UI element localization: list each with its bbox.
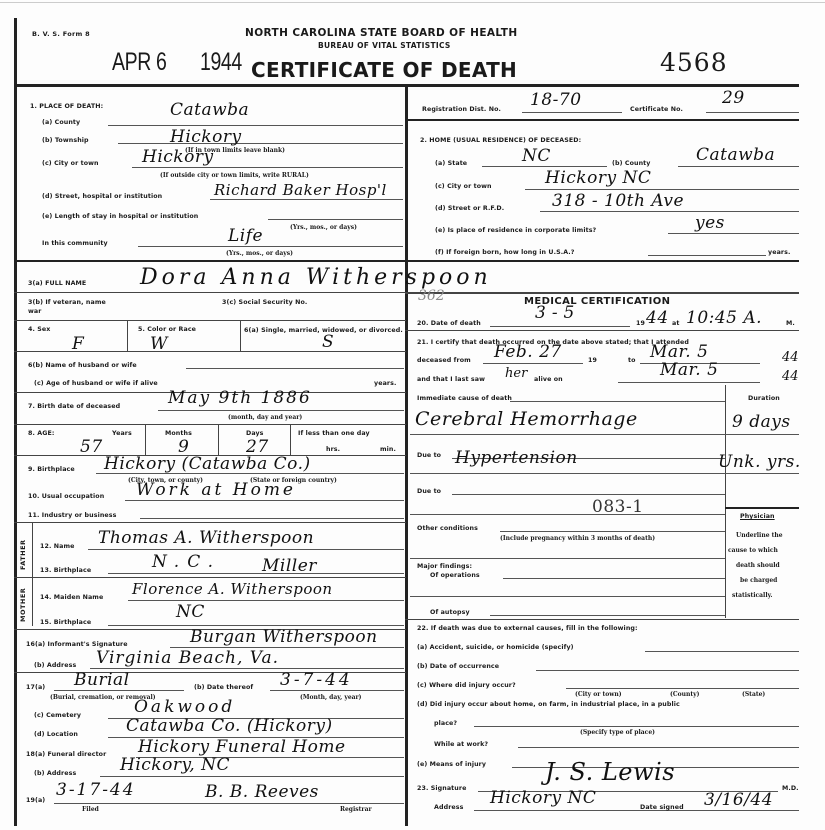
place-note: (Specify type of place) <box>580 729 655 736</box>
birthplace-value: Hickory (Catawba Co.) <box>104 454 311 474</box>
reg-dist-value: 18-70 <box>530 90 582 110</box>
age-less-label: If less than one day <box>298 430 370 437</box>
physician-note-2: cause to which <box>728 547 778 554</box>
operations-label: Of operations <box>430 572 480 579</box>
spouse-age-label: (c) Age of husband or wife if alive <box>34 380 158 387</box>
physician-heading: Physician <box>740 513 775 520</box>
last-saw-label: and that I last saw <box>417 376 485 383</box>
res-corporate-value: yes <box>695 213 725 233</box>
age-hrs-label: hrs. <box>326 446 340 453</box>
major-findings-label: Major findings: <box>417 563 472 570</box>
physician-note-5: statistically. <box>732 592 773 599</box>
bureau-name: BUREAU OF VITAL STATISTICS <box>318 41 451 50</box>
burial-date-note: (Month, day, year) <box>300 694 362 701</box>
attended-to-label: to <box>628 357 636 364</box>
physician-note-3: death should <box>736 562 780 569</box>
sex-label: 4. Sex <box>28 326 50 333</box>
cert-no-value: 29 <box>722 88 745 108</box>
birth-label: 7. Birth date of deceased <box>28 403 120 410</box>
father-birthplace-value: N.C. <box>152 552 221 572</box>
veteran-label: 3(b) If veteran, name war <box>28 298 108 316</box>
residence-heading: 2. HOME (USUAL RESIDENCE) OF DECEASED: <box>420 137 581 144</box>
date-signed-label: Date signed <box>640 804 684 811</box>
due-to-label-1: Due to <box>417 452 441 459</box>
cause-code: 083-1 <box>592 497 644 517</box>
board-name: NORTH CAROLINA STATE BOARD OF HEALTH <box>245 27 518 39</box>
death-year-value: 44 <box>646 308 669 328</box>
funeral-address-value: Hickory, NC <box>120 755 230 775</box>
death-date-label: 20. Date of death <box>417 320 481 327</box>
attended-from-label: deceased from <box>417 357 471 364</box>
res-foreign-label: (f) If foreign born, how long in U.S.A.? <box>435 249 575 256</box>
physician-note-1: Underline the <box>736 532 783 539</box>
community-value: Life <box>228 226 263 246</box>
mother-name-value: Florence A. Witherspoon <box>132 580 333 598</box>
cemetery-label: (c) Cemetery <box>34 712 81 719</box>
informant-address-value: Virginia Beach, Va. <box>96 648 279 668</box>
attended-to-year: 44 <box>782 350 799 365</box>
res-corporate-label: (e) Is place of residence in corporate l… <box>435 227 596 234</box>
hospital-value: Richard Baker Hosp'l <box>214 181 387 199</box>
last-saw-pronoun: her <box>505 366 527 381</box>
attended-to-value: Mar. 5 <box>650 342 708 362</box>
death-time-value: 10:45 A. <box>686 308 762 328</box>
father-annotation: Miller <box>262 556 317 576</box>
ssn-label: 3(c) Social Security No. <box>222 298 312 307</box>
alive-on-year: 44 <box>782 369 799 384</box>
work-label: While at work? <box>434 741 488 748</box>
immediate-cause-value: Cerebral Hemorrhage <box>415 408 638 430</box>
stamp-number: 4568 <box>660 48 728 77</box>
occupation-value: Work at Home <box>136 480 296 500</box>
mother-name-label: 14. Maiden Name <box>40 594 103 601</box>
due-to-label-2: Due to <box>417 488 441 495</box>
county-label: (a) County <box>42 119 80 126</box>
autopsy-label: Of autopsy <box>430 609 470 616</box>
father-name-value: Thomas A. Witherspoon <box>98 528 314 548</box>
alive-on-label: alive on <box>534 376 563 383</box>
filing-stamp-year: 1944 <box>200 48 242 77</box>
means-label: (e) Means of injury <box>417 761 486 768</box>
age-years-value: 57 <box>80 437 103 457</box>
signature-address-value: Hickory NC <box>490 788 596 808</box>
occurrence-date-label: (b) Date of occurrence <box>417 663 499 670</box>
funeral-director-label: 18(a) Funeral director <box>26 751 106 758</box>
stay-label: (e) Length of stay in hospital or instit… <box>42 213 198 220</box>
spouse-label: 6(b) Name of husband or wife <box>28 362 137 369</box>
full-name-label: 3(a) FULL NAME <box>28 280 86 287</box>
signature-label: 23. Signature <box>417 785 466 792</box>
res-street-label: (d) Street or R.F.D. <box>435 205 504 212</box>
death-date-value: 3-5 <box>535 303 580 323</box>
certificate-title: CERTIFICATE OF DEATH <box>251 58 517 82</box>
age-min-label: min. <box>380 446 396 453</box>
birthplace-label: 9. Birthplace <box>28 466 75 473</box>
father-birthplace-label: 13. Birthplace <box>40 567 91 574</box>
father-name-label: 12. Name <box>40 543 75 550</box>
res-state-label: (a) State <box>435 160 467 167</box>
mother-side-label: MOTHER <box>19 588 27 622</box>
alive-on-value: Mar. 5 <box>660 360 718 380</box>
attended-from-year-prefix: 19 <box>588 357 597 364</box>
due-to-duration-1: Unk. yrs. <box>718 452 801 472</box>
cemetery-value: Oakwood <box>134 697 235 717</box>
industry-label: 11. Industry or business <box>28 512 117 519</box>
age-days-label: Days <box>246 430 264 437</box>
birth-value: May 9th 1886 <box>168 388 312 408</box>
attended-from-value: Feb. 27 <box>494 342 562 362</box>
disposition-prefix: 17(a) <box>26 684 45 691</box>
community-label: In this community <box>42 240 108 247</box>
age-months-label: Months <box>165 430 192 437</box>
funeral-director-value: Hickory Funeral Home <box>138 737 346 757</box>
signature-suffix: M.D. <box>782 785 799 792</box>
res-county-label: (b) County <box>612 160 650 167</box>
street-label: (d) Street, hospital or institution <box>42 193 162 200</box>
res-city-label: (c) City or town <box>435 183 492 190</box>
county-value: Catawba <box>170 100 249 120</box>
registrar-label: Registrar <box>340 806 372 813</box>
res-street-value: 318 - 10th Ave <box>552 191 684 211</box>
filed-value: 3-17-44 <box>56 780 136 800</box>
spouse-age-suffix: years. <box>374 380 396 387</box>
filed-prefix: 19(a) <box>26 797 45 804</box>
marital-value: S <box>322 332 334 352</box>
where-note-state: (State) <box>742 691 765 698</box>
death-time-prefix: at <box>672 320 679 327</box>
filing-stamp-date: APR 6 <box>112 48 166 77</box>
center-divider <box>405 86 408 826</box>
place-of-death-heading: 1. PLACE OF DEATH: <box>30 103 103 110</box>
res-city-value: Hickory NC <box>545 168 651 188</box>
injury-place-label: (d) Did injury occur about home, on farm… <box>417 701 680 708</box>
res-county-value: Catawba <box>696 145 775 165</box>
res-state-value: NC <box>522 146 551 166</box>
burial-date-value: 3-7-44 <box>280 670 353 690</box>
informant-signature-label: 16(a) Informant's Signature <box>26 641 128 648</box>
immediate-cause-label: Immediate cause of death <box>417 395 512 402</box>
father-side-label: FATHER <box>19 539 27 570</box>
where-note-county: (County) <box>670 691 699 698</box>
other-conditions-note: (Include pregnancy within 3 months of de… <box>500 535 655 542</box>
immediate-cause-duration: 9 days <box>732 412 791 432</box>
physician-note-4: be charged <box>740 577 777 584</box>
due-to-value-1: Hypertension <box>455 448 578 468</box>
left-border <box>14 18 17 826</box>
place-label: place? <box>434 720 457 727</box>
pencil-note: 362 <box>418 288 445 304</box>
death-year-prefix: 19 <box>636 320 645 327</box>
reg-dist-label: Registration Dist. No. <box>422 106 501 113</box>
form-number: B. V. S. Form 8 <box>32 30 90 38</box>
res-foreign-suffix: years. <box>768 249 790 256</box>
mother-birthplace-value: NC <box>176 602 205 622</box>
location-label: (d) Location <box>34 731 78 738</box>
community-note: (Yrs., mos., or days) <box>226 250 293 257</box>
funeral-address-label: (b) Address <box>34 770 76 777</box>
date-signed-value: 3/16/44 <box>704 790 773 810</box>
full-name-value: Dora Anna Witherspoon <box>140 265 492 290</box>
birth-note: (month, day and year) <box>228 414 302 421</box>
city-note: (If outside city or town limits, write R… <box>160 172 309 179</box>
external-heading: 22. If death was due to external causes,… <box>417 625 638 632</box>
accident-label: (a) Accident, suicide, or homicide (spec… <box>417 644 574 651</box>
informant-signature-value: Burgan Witherspoon <box>190 627 378 647</box>
signature-address-label: Address <box>434 804 463 811</box>
township-label: (b) Township <box>42 137 89 144</box>
duration-label: Duration <box>748 395 780 402</box>
header-rule <box>14 84 799 87</box>
where-note-city: (City or town) <box>575 691 622 698</box>
burial-date-label: (b) Date thereof <box>194 684 253 691</box>
city-value: Hickory <box>142 147 214 167</box>
death-certificate: B. V. S. Form 8 NORTH CAROLINA STATE BOA… <box>0 0 825 830</box>
occupation-label: 10. Usual occupation <box>28 493 104 500</box>
informant-address-label: (b) Address <box>34 662 76 669</box>
top-edge <box>0 2 825 3</box>
township-value: Hickory <box>170 127 242 147</box>
city-label: (c) City or town <box>42 160 99 167</box>
registrar-signature: B. B. Reeves <box>205 782 319 802</box>
age-years-label: Years <box>112 430 132 437</box>
race-label: 5. Color or Race <box>138 326 196 333</box>
other-conditions-label: Other conditions <box>417 525 478 532</box>
disposition-value: Burial <box>74 670 130 690</box>
physician-signature: J. S. Lewis <box>545 758 675 786</box>
death-time-suffix: M. <box>786 320 795 327</box>
location-value: Catawba Co. (Hickory) <box>126 716 333 736</box>
stay-note: (Yrs., mos., or days) <box>290 224 357 231</box>
injury-where-label: (c) Where did injury occur? <box>417 682 516 689</box>
cert-no-label: Certificate No. <box>630 106 683 113</box>
age-label: 8. AGE: <box>28 430 55 437</box>
filed-label: Filed <box>82 806 99 813</box>
mother-birthplace-label: 15. Birthplace <box>40 619 91 626</box>
